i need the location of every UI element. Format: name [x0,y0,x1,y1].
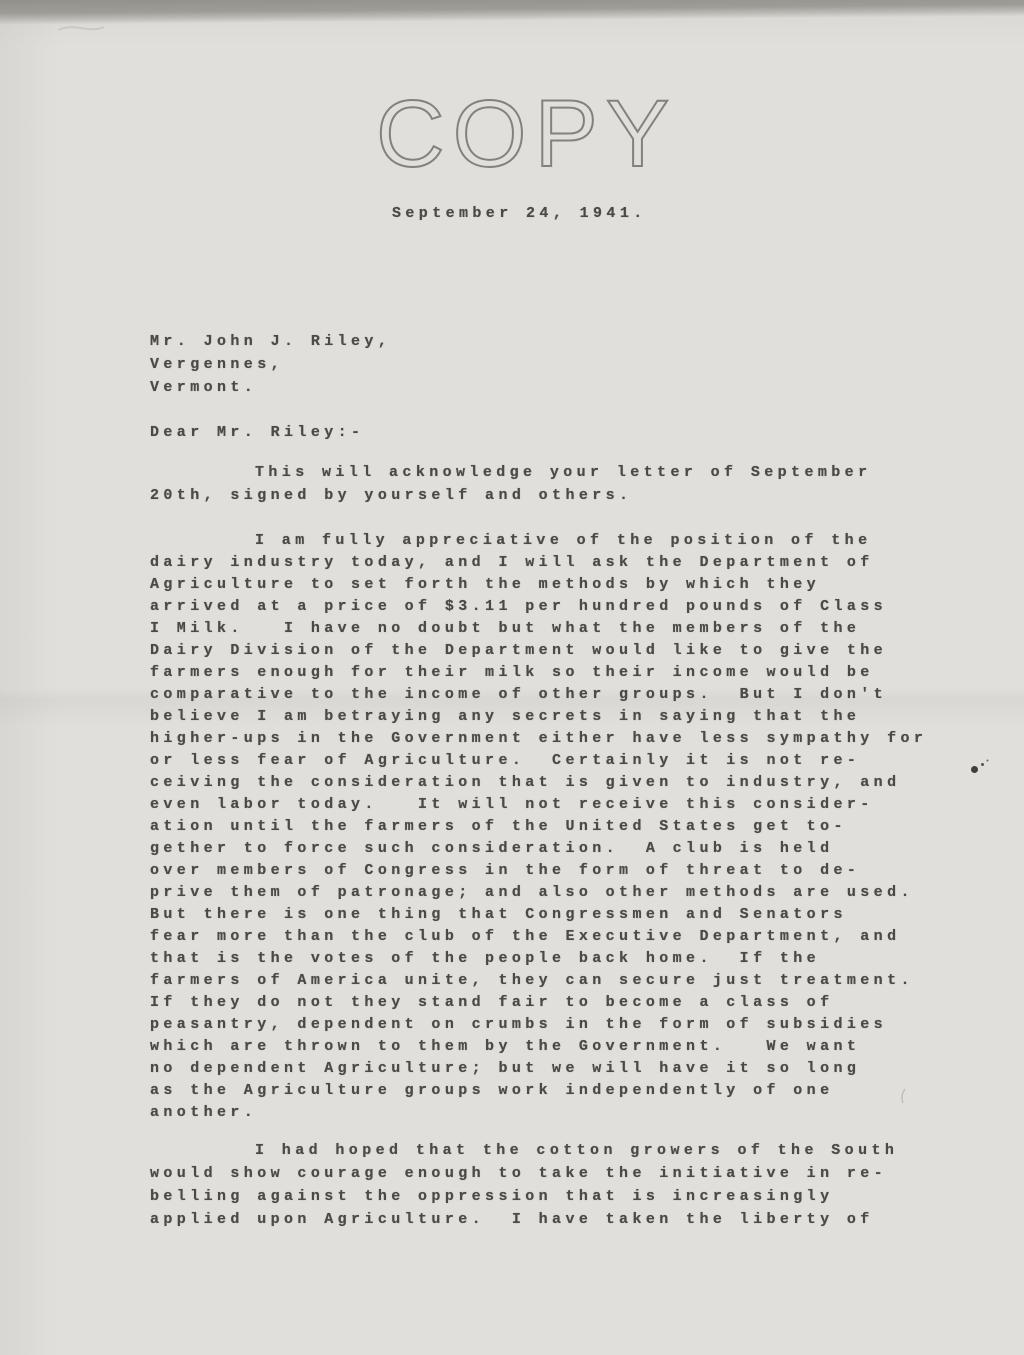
paragraph-line: I am fully appreciative of the position … [150,530,927,552]
paragraph-line: as the Agriculture groups work independe… [150,1080,927,1102]
paragraph-acknowledge: This will acknowledge your letter of Sep… [150,461,871,507]
paragraph-line: fear more than the club of the Executive… [150,926,927,948]
paragraph-line: farmers enough for their milk so their i… [150,662,927,684]
paragraph-line: or less fear of Agriculture. Certainly i… [150,750,927,772]
paragraph-line: which are thrown to them by the Governme… [150,1036,927,1058]
paragraph-line: comparative to the income of other group… [150,684,927,706]
paragraph-line: ation until the farmers of the United St… [150,816,927,838]
salutation: Dear Mr. Riley:- [150,421,364,444]
letter-date: September 24, 1941. [392,203,647,225]
letter-paper: COPY September 24, 1941. Mr. John J. Ril… [0,0,1024,1355]
paragraph-line: I had hoped that the cotton growers of t… [150,1139,898,1162]
paragraph-line: Dairy Division of the Department would l… [150,640,927,662]
paragraph-line: higher-ups in the Government either have… [150,728,927,750]
paragraph-line: believe I am betraying any secrets in sa… [150,706,927,728]
stray-pen-flick [898,1088,908,1104]
paragraph-line: If they do not they stand fair to become… [150,992,927,1014]
paragraph-line: that is the votes of the people back hom… [150,948,927,970]
paragraph-line: over members of Congress in the form of … [150,860,927,882]
address-line: Vergennes, [150,353,391,376]
ink-splatter-mark [971,766,978,773]
paragraph-line: ceiving the consideration that is given … [150,772,927,794]
paragraph-line: dairy industry today, and I will ask the… [150,552,927,574]
paragraph-line: no dependent Agriculture; but we will ha… [150,1058,927,1080]
paragraph-line: Agriculture to set forth the methods by … [150,574,927,596]
paragraph-line: This will acknowledge your letter of Sep… [150,461,871,484]
paragraph-line: 20th, signed by yourself and others. [150,484,871,507]
paragraph-line: another. [150,1102,927,1124]
scanned-letter-page: COPY September 24, 1941. Mr. John J. Ril… [0,0,1024,1355]
paragraph-line: prive them of patronage; and also other … [150,882,927,904]
copy-stamp-text: COPY [376,81,677,180]
paragraph-line: peasantry, dependent on crumbs in the fo… [150,1014,927,1036]
paragraph-line: would show courage enough to take the in… [150,1162,898,1185]
address-line: Vermont. [150,376,391,399]
paragraph-dairy-position: I am fully appreciative of the position … [150,530,927,1124]
paragraph-line: arrived at a price of $3.11 per hundred … [150,596,927,618]
recipient-address: Mr. John J. Riley,Vergennes,Vermont. [150,330,391,399]
paragraph-line: gether to force such consideration. A cl… [150,838,927,860]
paragraph-line: even labor today. It will not receive th… [150,794,927,816]
paragraph-line: I Milk. I have no doubt but what the mem… [150,618,927,640]
address-line: Mr. John J. Riley, [150,330,391,353]
paragraph-line: belling against the oppression that is i… [150,1185,898,1208]
paragraph-line: But there is one thing that Congressmen … [150,904,927,926]
paragraph-line: farmers of America unite, they can secur… [150,970,927,992]
paragraph-line: applied upon Agriculture. I have taken t… [150,1208,898,1231]
paragraph-cotton-growers: I had hoped that the cotton growers of t… [150,1139,898,1231]
copy-stamp: COPY [374,80,704,180]
